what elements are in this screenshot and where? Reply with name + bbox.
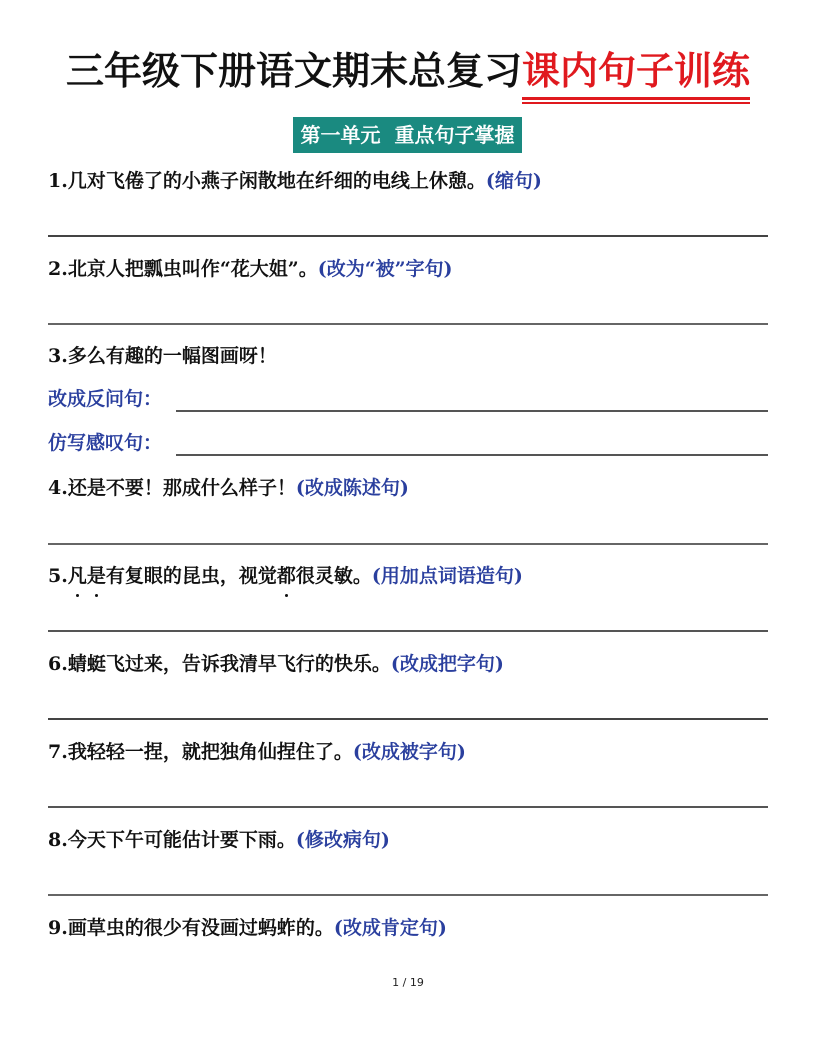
question-hint: (修改病句) [296, 829, 390, 851]
answer-line-3a[interactable] [176, 410, 768, 412]
emphasis-char: 是 [87, 563, 106, 589]
question-text: 画草虫的很少有没画过蚂蚱的。 [68, 917, 334, 939]
title-highlight-text: 课内句子训练 [522, 48, 750, 93]
answer-line-1[interactable] [48, 235, 768, 237]
title-underline-thick [522, 97, 750, 100]
question-hint: (改成被字句) [353, 741, 466, 763]
answer-line-6[interactable] [48, 718, 768, 720]
unit-banner: 第一单元 重点句子掌握 [293, 117, 522, 153]
title-underline-thin [522, 102, 750, 104]
question-text: 几对飞倦了的小燕子闲散地在纤细的电线上休憩。 [68, 170, 486, 192]
sub-item-exclamation-label: 仿写感叹句： [48, 430, 162, 456]
question-text: 多么有趣的一幅图画呀！ [68, 345, 277, 367]
answer-line-7[interactable] [48, 806, 768, 808]
question-hint: (缩句) [486, 170, 542, 192]
question-number: 6. [48, 653, 68, 675]
question-number: 4. [48, 477, 68, 499]
question-text: 蜻蜓飞过来，告诉我清早飞行的快乐。 [68, 653, 391, 675]
question-text: 今天下午可能估计要下雨。 [68, 829, 296, 851]
question-text: 北京人把瓢虫叫作“花大姐”。 [68, 258, 318, 280]
question-number: 7. [48, 741, 68, 763]
question-number: 1. [48, 170, 68, 192]
question-3: 3.多么有趣的一幅图画呀！ [48, 343, 277, 369]
question-hint: (改为“被”字句) [318, 258, 453, 280]
sub-item-rhetorical-label: 改成反问句： [48, 386, 162, 412]
emphasis-char: 都 [277, 563, 296, 589]
page-title: 三年级下册语文期末总复习课内句子训练 [0, 46, 816, 96]
question-number: 2. [48, 258, 68, 280]
question-hint: (用加点词语造句) [372, 565, 523, 587]
question-6: 6.蜻蜓飞过来，告诉我清早飞行的快乐。(改成把字句) [48, 651, 504, 677]
question-text: 还是不要！那成什么样子！ [68, 477, 296, 499]
question-4: 4.还是不要！那成什么样子！(改成陈述句) [48, 475, 409, 501]
question-number: 5. [48, 565, 68, 587]
title-highlight: 课内句子训练 [522, 46, 750, 96]
question-1: 1.几对飞倦了的小燕子闲散地在纤细的电线上休憩。(缩句) [48, 168, 542, 194]
question-5: 5.凡是有复眼的昆虫，视觉都很灵敏。(用加点词语造句) [48, 563, 523, 589]
title-main: 三年级下册语文期末总复习 [66, 48, 522, 93]
answer-line-4[interactable] [48, 543, 768, 545]
question-number: 3. [48, 345, 68, 367]
question-8: 8.今天下午可能估计要下雨。(修改病句) [48, 827, 390, 853]
question-hint: (改成把字句) [391, 653, 504, 675]
question-7: 7.我轻轻一捏，就把独角仙捏住了。(改成被字句) [48, 739, 466, 765]
question-2: 2.北京人把瓢虫叫作“花大姐”。(改为“被”字句) [48, 256, 453, 282]
answer-line-2[interactable] [48, 323, 768, 325]
answer-line-8[interactable] [48, 894, 768, 896]
question-9: 9.画草虫的很少有没画过蚂蚱的。(改成肯定句) [48, 915, 447, 941]
page-indicator: 1 / 19 [0, 976, 816, 989]
question-hint: (改成肯定句) [334, 917, 447, 939]
question-number: 8. [48, 829, 68, 851]
question-number: 9. [48, 917, 68, 939]
answer-line-5[interactable] [48, 630, 768, 632]
question-hint: (改成陈述句) [296, 477, 409, 499]
answer-line-3b[interactable] [176, 454, 768, 456]
question-text: 有复眼的昆虫，视觉 [106, 565, 277, 587]
question-text: 我轻轻一捏，就把独角仙捏住了。 [68, 741, 353, 763]
emphasis-char: 凡 [68, 563, 87, 589]
question-text: 很灵敏。 [296, 565, 372, 587]
